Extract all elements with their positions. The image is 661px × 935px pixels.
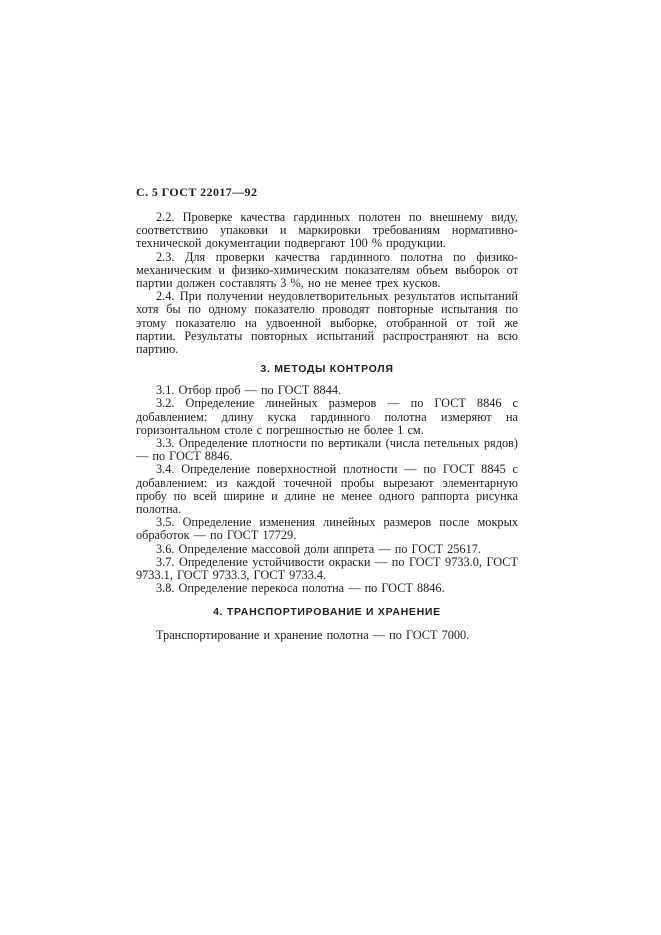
document-page: С. 5 ГОСТ 22017—92 2.2. Проверке качеств… — [136, 185, 518, 643]
paragraph-2-3: 2.3. Для проверки качества гардинного по… — [136, 251, 518, 291]
paragraph-3-3: 3.3. Определение плотности по вертикали … — [136, 437, 518, 463]
paragraph-3-5: 3.5. Определение изменения линейных разм… — [136, 516, 518, 542]
page-running-header: С. 5 ГОСТ 22017—92 — [136, 185, 518, 200]
paragraph-3-2: 3.2. Определение линейных размеров — по … — [136, 397, 518, 437]
paragraph-2-4: 2.4. При получении неудовлетворительных … — [136, 290, 518, 356]
paragraph-3-6: 3.6. Определение массовой доли аппрета —… — [136, 543, 518, 556]
paragraph-2-2: 2.2. Проверке качества гардинных полотен… — [136, 211, 518, 251]
paragraph-3-8: 3.8. Определение перекоса полотна — по Г… — [136, 582, 518, 595]
section-heading-transport: 4. ТРАНСПОРТИРОВАНИЕ И ХРАНЕНИЕ — [136, 606, 518, 618]
paragraph-3-4: 3.4. Определение поверхностной плотности… — [136, 463, 518, 516]
paragraph-3-7: 3.7. Определение устойчивости окраски — … — [136, 556, 518, 582]
section-heading-methods: 3. МЕТОДЫ КОНТРОЛЯ — [136, 363, 518, 375]
paragraph-4-1: Транспортирование и хранение полотна — п… — [136, 629, 518, 642]
